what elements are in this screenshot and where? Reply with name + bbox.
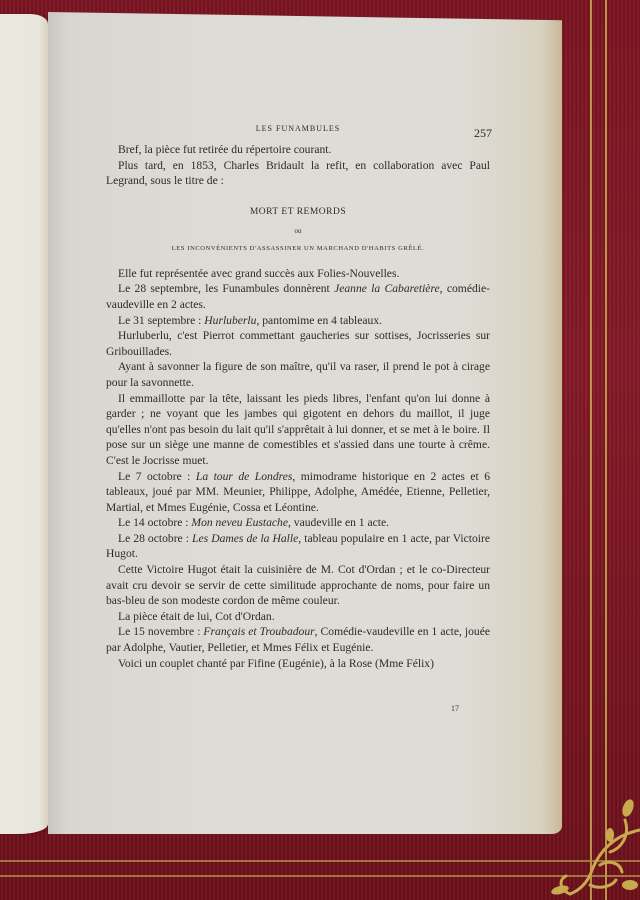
page-number: 257 xyxy=(474,126,492,141)
paragraph: Le 15 novembre : Français et Troubadour,… xyxy=(106,624,490,655)
paragraph: Cette Victoire Hugot était la cuisinière… xyxy=(106,562,490,609)
paragraph: La pièce était de lui, Cot d'Ordan. xyxy=(106,609,490,625)
paragraph: Il emmaillotte par la tête, laissant les… xyxy=(106,391,490,469)
paragraph: Elle fut représentée avec grand succès a… xyxy=(106,266,490,282)
page-text-block: LES FUNAMBULES 257 Bref, la pièce fut re… xyxy=(106,120,490,671)
play-or: ou xyxy=(106,227,490,235)
paragraph: Plus tard, en 1853, Charles Bridault la … xyxy=(106,158,490,189)
play-title: MORT ET REMORDS xyxy=(106,207,490,217)
play-title-block: MORT ET REMORDS ou LES INCONVÉNIENTS D'A… xyxy=(106,207,490,252)
signature-mark: 17 xyxy=(451,704,459,713)
paragraph: Le 31 septembre : Hurluberlu, pantomime … xyxy=(106,313,490,329)
paragraph: Le 28 octobre : Les Dames de la Halle, t… xyxy=(106,531,490,562)
paragraph: Le 28 septembre, les Funambules donnèren… xyxy=(106,281,490,312)
play-subtitle: LES INCONVÉNIENTS D'ASSASSINER UN MARCHA… xyxy=(106,245,490,252)
left-page-edge xyxy=(0,14,48,834)
paragraph: Voici un couplet chanté par Fifine (Eugé… xyxy=(106,656,490,672)
running-head: LES FUNAMBULES 257 xyxy=(106,120,490,142)
gilt-rule-outer xyxy=(605,0,607,900)
paragraph: Le 14 octobre : Mon neveu Eustache, vaud… xyxy=(106,515,490,531)
gilt-rule-inner xyxy=(590,0,592,900)
paragraph: Hurluberlu, c'est Pierrot commettant gau… xyxy=(106,328,490,359)
book-page: LES FUNAMBULES 257 Bref, la pièce fut re… xyxy=(48,12,562,834)
running-title: LES FUNAMBULES xyxy=(106,124,490,133)
paragraph: Bref, la pièce fut retirée du répertoire… xyxy=(106,142,490,158)
paragraph: Ayant à savonner la figure de son maître… xyxy=(106,359,490,390)
paragraph: Le 7 octobre : La tour de Londres, mimod… xyxy=(106,469,490,516)
